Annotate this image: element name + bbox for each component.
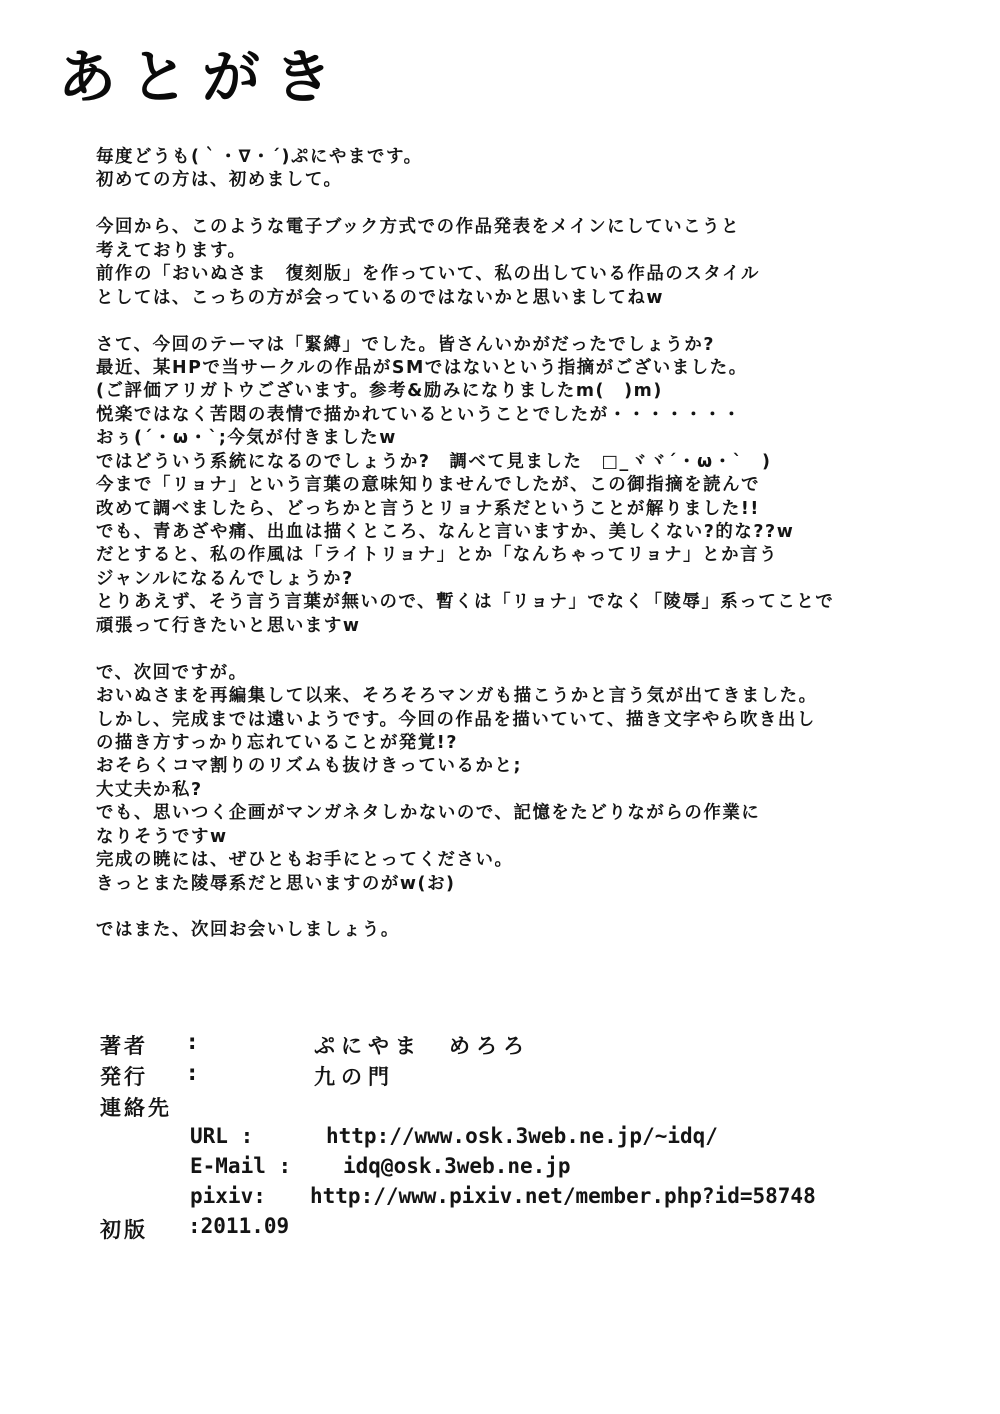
page-title: あとがき — [58, 42, 346, 112]
contact-label: 連絡先 — [100, 1092, 172, 1122]
email-link[interactable]: idq@osk.3web.ne.jp — [343, 1154, 571, 1178]
pixiv-label: pixiv: — [190, 1184, 266, 1208]
url-link[interactable]: http://www.osk.3web.ne.jp/~idq/ — [326, 1124, 718, 1148]
body-line: (ご評価アリガトウございます。参考&励みになりましたm( )m) — [96, 380, 976, 403]
body-line: だとすると、私の作風は「ライトリョナ」とか「なんちゃってリョナ」とか言う — [96, 544, 976, 567]
publisher-colon: : — [188, 1061, 196, 1085]
paragraph-gap — [96, 896, 976, 919]
author-colon: : — [188, 1030, 196, 1054]
body-line: でも、思いつく企画がマンガネタしかないので、記憶をたどりながらの作業に — [96, 802, 976, 825]
body-line: でも、青あざや痛、出血は描くところ、なんと言いますか、美しくない?的な??w — [96, 521, 976, 544]
body-line: きっとまた陵辱系だと思いますのがw(お) — [96, 873, 976, 896]
body-line: なりそうですw — [96, 826, 976, 849]
body-line: 考えております。 — [96, 240, 976, 263]
body-line: おいぬさまを再編集して以来、そろそろマンガも描こうかと言う気が出てきました。 — [96, 685, 976, 708]
body-line: 今回から、このような電子ブック方式での作品発表をメインにしていこうと — [96, 216, 976, 239]
body-line: 前作の「おいぬさま 復刻版」を作っていて、私の出している作品のスタイル — [96, 263, 976, 286]
body-line: の描き方すっかり忘れていることが発覚!? — [96, 732, 976, 755]
publisher-label: 発行 — [100, 1061, 148, 1091]
body-line: とりあえず、そう言う言葉が無いので、暫くは「リョナ」でなく「陵辱」系ってことで — [96, 591, 976, 614]
author-name: ぷにやま めろろ — [314, 1030, 530, 1060]
body-line: 完成の暁には、ぜひともお手にとってください。 — [96, 849, 976, 872]
body-line: ジャンルになるんでしょうか? — [96, 568, 976, 591]
afterword-body: 毎度どうも(｀・∇・´)ぷにやまです。 初めての方は、初めまして。 今回から、こ… — [96, 146, 976, 943]
body-line: おそらくコマ割りのリズムも抜けきっているかと; — [96, 755, 976, 778]
body-line: 大丈夫か私? — [96, 779, 976, 802]
pixiv-link[interactable]: http://www.pixiv.net/member.php?id=58748 — [310, 1184, 816, 1208]
body-line: しかし、完成までは遠いようです。今回の作品を描いていて、描き文字やら吹き出し — [96, 709, 976, 732]
body-line: 頑張って行きたいと思いますw — [96, 615, 976, 638]
body-line: 悦楽ではなく苦悶の表情で描かれているということでしたが・・・・・・・ — [96, 404, 976, 427]
body-line: 毎度どうも(｀・∇・´)ぷにやまです。 — [96, 146, 976, 169]
body-line: としては、こっちの方が会っているのではないかと思いましてねw — [96, 287, 976, 310]
body-line: 今まで「リョナ」という言葉の意味知りませんでしたが、この御指摘を読んで — [96, 474, 976, 497]
paragraph-gap — [96, 310, 976, 333]
body-line: おぅ(´・ω・`;今気が付きましたw — [96, 427, 976, 450]
first-edition-label: 初版 — [100, 1214, 148, 1244]
paragraph-gap — [96, 638, 976, 661]
body-line: さて、今回のテーマは「緊縛」でした。皆さんいかがだったでしょうか? — [96, 334, 976, 357]
body-line: 最近、某HPで当サークルの作品がSMではないという指摘がございました。 — [96, 357, 976, 380]
publisher-name: 九の門 — [314, 1061, 395, 1091]
email-label: E-Mail : — [190, 1154, 291, 1178]
body-line: 初めての方は、初めまして。 — [96, 169, 976, 192]
body-line: 改めて調べましたら、どっちかと言うとリョナ系だということが解りました!! — [96, 498, 976, 521]
url-label: URL : — [190, 1124, 253, 1148]
body-line: ではまた、次回お会いしましょう。 — [96, 919, 976, 942]
body-line: で、次回ですが。 — [96, 662, 976, 685]
body-line: ではどういう系統になるのでしょうか? 調べて見ました □_ヾヾ´・ω・` ) — [96, 451, 976, 474]
paragraph-gap — [96, 193, 976, 216]
author-label: 著者 — [100, 1030, 148, 1060]
first-edition-date: :2011.09 — [188, 1214, 289, 1238]
afterword-page: あとがき 毎度どうも(｀・∇・´)ぷにやまです。 初めての方は、初めまして。 今… — [0, 0, 1000, 1414]
